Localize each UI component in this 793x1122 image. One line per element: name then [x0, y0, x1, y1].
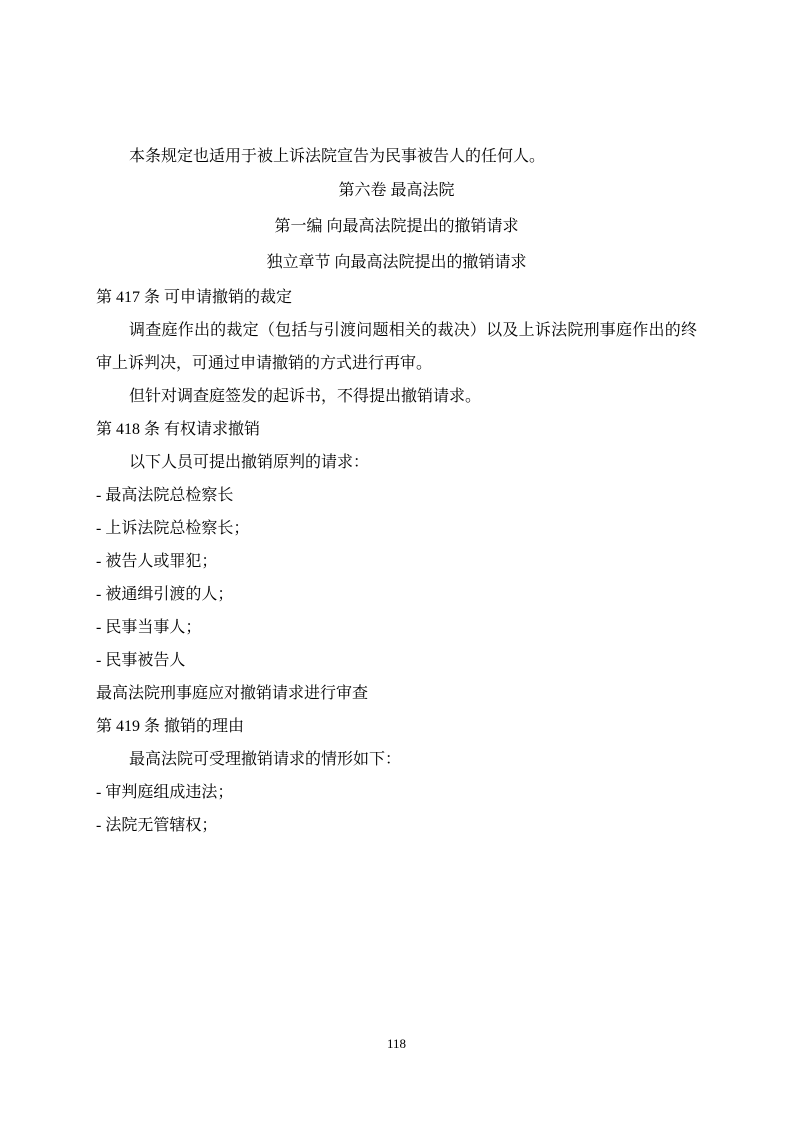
page-number: 118	[0, 1036, 793, 1052]
chapter-title: 独立章节 向最高法院提出的撤销请求	[96, 245, 697, 281]
article-418-item: - 被通缉引渡的人；	[96, 578, 697, 611]
article-418-heading: 第 418 条 有权请求撤销	[96, 413, 697, 446]
article-418-item: - 最高法院总检察长	[96, 479, 697, 512]
article-419-item: - 审判庭组成违法；	[96, 776, 697, 809]
article-419-item: - 法院无管辖权；	[96, 809, 697, 842]
article-418: 第 418 条 有权请求撤销 以下人员可提出撤销原判的请求： - 最高法院总检察…	[96, 413, 697, 710]
article-418-item: - 上诉法院总检察长；	[96, 512, 697, 545]
article-417: 第 417 条 可申请撤销的裁定 调查庭作出的裁定（包括与引渡问题相关的裁决）以…	[96, 281, 697, 413]
article-418-intro: 以下人员可提出撤销原判的请求：	[96, 446, 697, 479]
article-417-heading: 第 417 条 可申请撤销的裁定	[96, 281, 697, 314]
article-417-paragraph-1: 调查庭作出的裁定（包括与引渡问题相关的裁决）以及上诉法院刑事庭作出的终审上诉判决…	[96, 314, 697, 380]
article-419-intro: 最高法院可受理撤销请求的情形如下：	[96, 743, 697, 776]
article-418-closing: 最高法院刑事庭应对撤销请求进行审查	[96, 677, 697, 710]
article-418-item: - 民事当事人；	[96, 611, 697, 644]
intro-paragraph: 本条规定也适用于被上诉法院宣告为民事被告人的任何人。	[96, 140, 697, 173]
article-419: 第 419 条 撤销的理由 最高法院可受理撤销请求的情形如下： - 审判庭组成违…	[96, 710, 697, 842]
part-title: 第一编 向最高法院提出的撤销请求	[96, 209, 697, 245]
document-page: 本条规定也适用于被上诉法院宣告为民事被告人的任何人。 第六卷 最高法院 第一编 …	[0, 0, 793, 1122]
article-419-heading: 第 419 条 撤销的理由	[96, 710, 697, 743]
article-418-item: - 民事被告人	[96, 644, 697, 677]
article-417-paragraph-2: 但针对调查庭签发的起诉书，不得提出撤销请求。	[96, 380, 697, 413]
book-title: 第六卷 最高法院	[96, 173, 697, 209]
article-418-item: - 被告人或罪犯；	[96, 545, 697, 578]
